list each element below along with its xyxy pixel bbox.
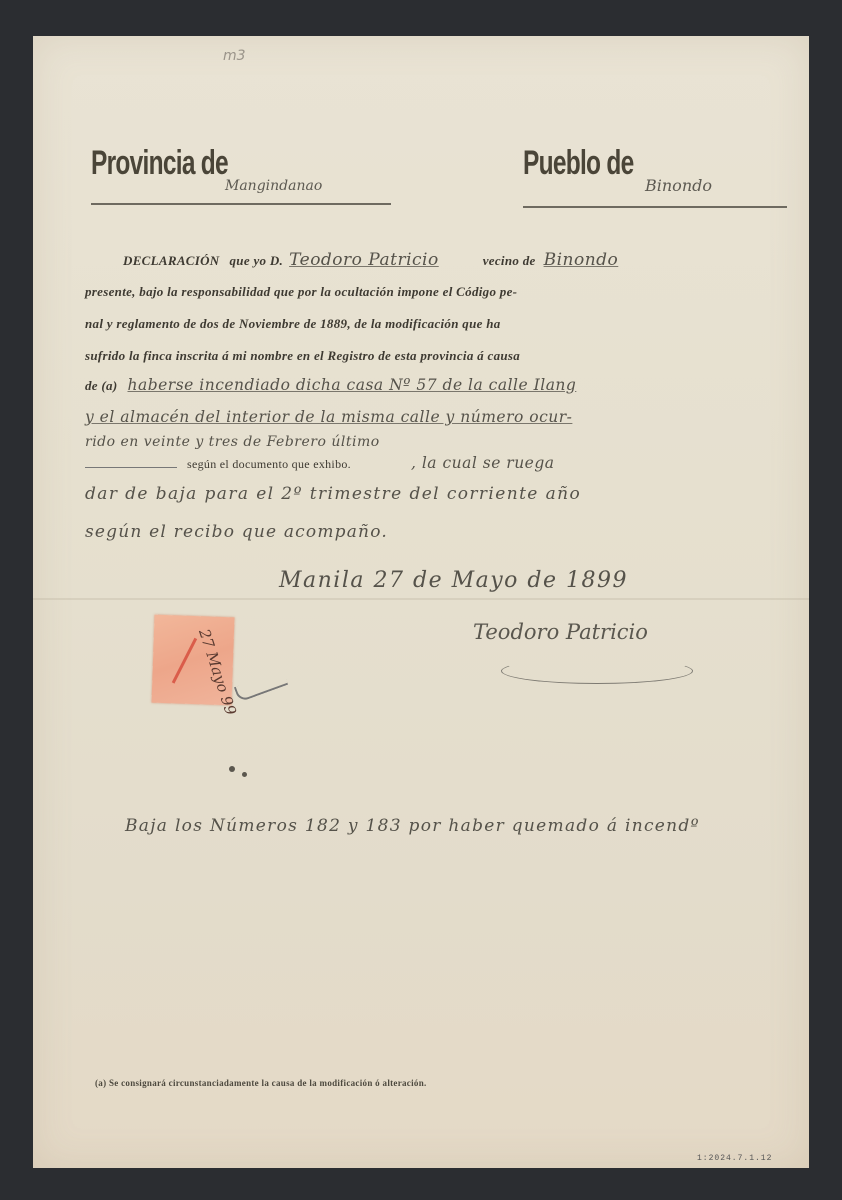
segun-text: según el documento que exhibo.	[187, 457, 351, 471]
pueblo-underline	[523, 206, 787, 208]
vecino-value: Binondo	[544, 250, 619, 270]
declaration-text-1: que yo D.	[230, 253, 284, 268]
footnote: (a) Se consignará circunstanciadamente l…	[95, 1078, 427, 1088]
signature-flourish	[501, 658, 693, 684]
document-page: m3 Provincia de Mangindanao Pueblo de Bi…	[33, 36, 809, 1168]
segun-line: según el documento que exhibo. , la cual…	[85, 454, 555, 473]
continuation-2: dar de baja para el 2º trimestre del cor…	[85, 484, 581, 504]
footnote-ref: de (a)	[85, 378, 117, 393]
declaration-line-2: presente, bajo la responsabilidad que po…	[85, 284, 517, 300]
signature: Teodoro Patricio	[473, 620, 648, 644]
declaration-line-1: DECLARACIÓN que yo D. Teodoro Patricio v…	[123, 250, 618, 270]
provincia-value: Mangindanao	[225, 178, 322, 194]
declaration-line-4: sufrido la finca inscrita á mi nombre en…	[85, 348, 520, 364]
check-mark	[234, 670, 288, 703]
pueblo-value: Binondo	[645, 176, 712, 195]
declaration-line-5: de (a) haberse incendiado dicha casa Nº …	[85, 376, 576, 395]
declaration-lead: DECLARACIÓN	[123, 253, 220, 268]
ink-dot	[242, 772, 247, 777]
continuation-1: , la cual se ruega	[411, 454, 555, 472]
pencil-mark: m3	[223, 48, 246, 64]
stamp-annotation: 27 Mayo 99	[195, 627, 240, 718]
pueblo-label: Pueblo de	[523, 144, 633, 183]
cause-line-3: rido en veinte y tres de Febrero último	[85, 434, 380, 450]
revenue-stamp: 27 Mayo 99	[151, 615, 234, 706]
blank-rule	[85, 467, 177, 468]
place-date: Manila 27 de Mayo de 1899	[279, 568, 628, 593]
provincia-underline	[91, 203, 391, 205]
cause-line-2: y el almacén del interior de la misma ca…	[85, 408, 572, 426]
catalog-number: 1:2024.7.1.12	[697, 1154, 772, 1163]
declaration-line-3: nal y reglamento de dos de Noviembre de …	[85, 316, 501, 332]
declaration-text-2: vecino de	[483, 253, 536, 268]
provincia-label: Provincia de	[91, 144, 228, 183]
cause-line-1: haberse incendiado dicha casa Nº 57 de l…	[127, 376, 576, 394]
stamp-cancel-stroke	[172, 638, 197, 684]
declarant-name: Teodoro Patricio	[289, 250, 439, 270]
continuation-3: según el recibo que acompaño.	[85, 522, 388, 542]
ink-dot	[229, 766, 235, 772]
margin-note: Baja los Números 182 y 183 por haber que…	[125, 816, 700, 836]
